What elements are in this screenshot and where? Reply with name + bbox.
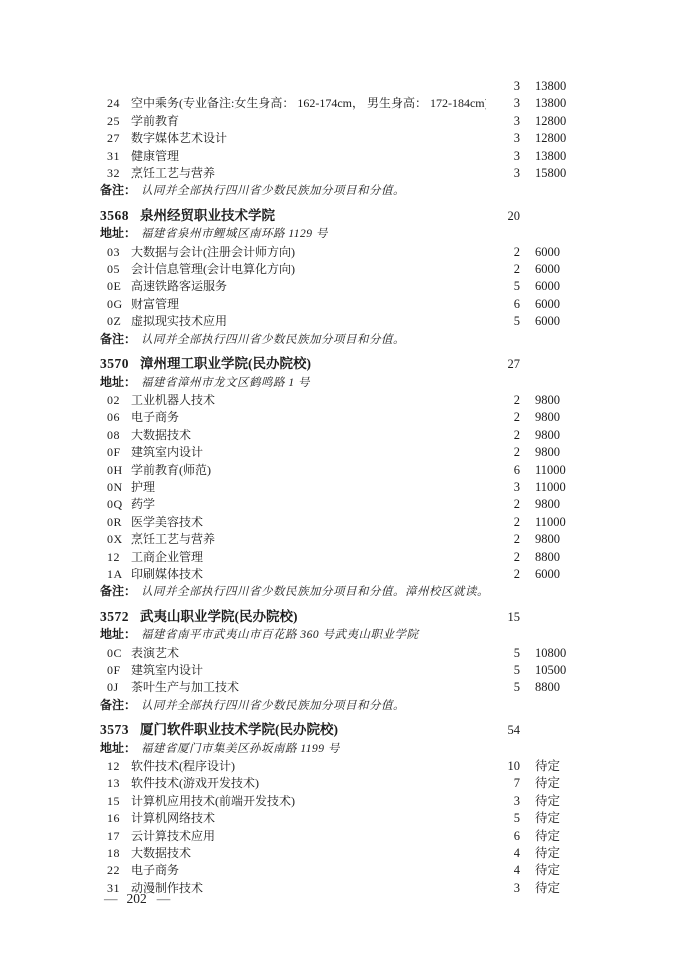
major-count: 2 — [486, 409, 520, 426]
footer-dash-left: — — [104, 891, 117, 907]
major-code: 0F — [100, 444, 131, 461]
section-name: 泉州经贸职业技术学院 — [140, 207, 486, 224]
major-code: 0E — [100, 278, 131, 295]
remark-text: 认同并全部执行四川省少数民族加分项目和分值。漳州校区就读。 — [141, 584, 580, 601]
section-total: 27 — [486, 356, 520, 373]
major-fee: 6000 — [535, 244, 580, 261]
major-name: 财富管理 — [131, 296, 486, 313]
section-header: 3570漳州理工职业学院(民办院校)27 — [100, 355, 580, 373]
major-row: 0J茶叶生产与加工技术58800 — [100, 679, 580, 696]
major-code: 0R — [100, 514, 131, 531]
major-count: 2 — [486, 444, 520, 461]
major-fee: 待定 — [535, 793, 580, 810]
major-row: 0G财富管理66000 — [100, 296, 580, 313]
major-count: 5 — [486, 662, 520, 679]
major-fee: 10500 — [535, 662, 580, 679]
major-code: 12 — [100, 549, 131, 566]
major-fee: 待定 — [535, 775, 580, 792]
major-fee: 13800 — [535, 78, 580, 95]
address-text: 福建省南平市武夷山市百花路 360 号武夷山职业学院 — [141, 627, 580, 644]
major-fee: 12800 — [535, 113, 580, 130]
major-fee: 9800 — [535, 392, 580, 409]
major-row: 0H学前教育(师范)611000 — [100, 462, 580, 479]
address-line: 地址：福建省厦门市集美区孙坂南路 1199 号 — [100, 740, 580, 758]
major-fee: 9800 — [535, 531, 580, 548]
major-row: 15计算机应用技术(前端开发技术)3待定 — [100, 793, 580, 810]
section-total: 20 — [486, 208, 520, 225]
major-code: 0G — [100, 296, 131, 313]
major-count: 3 — [486, 113, 520, 130]
major-count: 3 — [486, 95, 520, 112]
major-row: 27数字媒体艺术设计312800 — [100, 130, 580, 147]
major-fee: 9800 — [535, 444, 580, 461]
major-count: 3 — [486, 148, 520, 165]
major-fee: 待定 — [535, 828, 580, 845]
major-fee: 待定 — [535, 810, 580, 827]
major-count: 4 — [486, 845, 520, 862]
address-text: 福建省泉州市鲤城区南环路 1129 号 — [141, 226, 580, 243]
major-fee: 11000 — [535, 462, 580, 479]
major-name: 大数据技术 — [131, 845, 486, 862]
major-code: 18 — [100, 845, 131, 862]
major-name: 健康管理 — [131, 148, 486, 165]
major-count: 6 — [486, 296, 520, 313]
major-code: 32 — [100, 165, 131, 182]
major-fee: 11000 — [535, 514, 580, 531]
major-row: 0Z虚拟现实技术应用56000 — [100, 313, 580, 330]
major-name: 工业机器人技术 — [131, 392, 486, 409]
major-name: 药学 — [131, 496, 486, 513]
major-count: 2 — [486, 531, 520, 548]
address-text: 福建省厦门市集美区孙坂南路 1199 号 — [141, 741, 580, 758]
major-row: 12工商企业管理28800 — [100, 549, 580, 566]
address-label: 地址： — [100, 626, 136, 643]
major-name: 印刷媒体技术 — [131, 566, 486, 583]
major-row: 0C表演艺术510800 — [100, 645, 580, 662]
major-count: 2 — [486, 514, 520, 531]
major-name: 学前教育(师范) — [131, 462, 486, 479]
major-name: 计算机网络技术 — [131, 810, 486, 827]
major-fee: 10800 — [535, 645, 580, 662]
section-name: 漳州理工职业学院(民办院校) — [140, 355, 486, 372]
major-code: 03 — [100, 244, 131, 261]
major-name: 动漫制作技术 — [131, 880, 486, 897]
section-name: 厦门软件职业技术学院(民办院校) — [140, 721, 486, 738]
major-row: 0R医学美容技术211000 — [100, 514, 580, 531]
major-code: 0H — [100, 462, 131, 479]
major-name: 茶叶生产与加工技术 — [131, 679, 486, 696]
document-page: 31380024空中乘务(专业备注:女生身高： 162-174cm， 男生身高：… — [0, 0, 680, 961]
major-count: 5 — [486, 679, 520, 696]
footer-dash-right: — — [157, 891, 170, 907]
major-name: 会计信息管理(会计电算化方向) — [131, 261, 486, 278]
major-row: 0F建筑室内设计29800 — [100, 444, 580, 461]
section-code: 3572 — [100, 608, 129, 625]
major-code: 16 — [100, 810, 131, 827]
major-code: 31 — [100, 148, 131, 165]
page-number: 202 — [127, 891, 147, 907]
major-row: 13软件技术(游戏开发技术)7待定 — [100, 775, 580, 792]
major-count: 2 — [486, 549, 520, 566]
major-code: 22 — [100, 862, 131, 879]
major-count: 5 — [486, 313, 520, 330]
major-fee: 9800 — [535, 496, 580, 513]
major-count: 3 — [486, 880, 520, 897]
major-name: 虚拟现实技术应用 — [131, 313, 486, 330]
major-code: 24 — [100, 95, 131, 112]
major-row: 05会计信息管理(会计电算化方向)26000 — [100, 261, 580, 278]
major-row: 0F建筑室内设计510500 — [100, 662, 580, 679]
major-count: 5 — [486, 810, 520, 827]
major-fee: 6000 — [535, 261, 580, 278]
major-fee: 待定 — [535, 758, 580, 775]
major-count: 2 — [486, 496, 520, 513]
major-code: 1A — [100, 566, 131, 583]
major-code: 0Z — [100, 313, 131, 330]
college-section: 3570漳州理工职业学院(民办院校)27地址：福建省漳州市龙文区鹤鸣路 1 号0… — [100, 355, 580, 602]
college-section: 3568泉州经贸职业技术学院20地址：福建省泉州市鲤城区南环路 1129 号03… — [100, 207, 580, 349]
major-name: 大数据与会计(注册会计师方向) — [131, 244, 486, 261]
major-count: 5 — [486, 278, 520, 295]
major-count: 2 — [486, 566, 520, 583]
major-name: 学前教育 — [131, 113, 486, 130]
major-name: 云计算技术应用 — [131, 828, 486, 845]
remark-text: 认同并全部执行四川省少数民族加分项目和分值。 — [141, 332, 580, 349]
section-header: 3568泉州经贸职业技术学院20 — [100, 207, 580, 225]
remark-label: 备注： — [100, 182, 136, 199]
section-header: 3572武夷山职业学院(民办院校)15 — [100, 608, 580, 626]
major-row: 12软件技术(程序设计)10待定 — [100, 758, 580, 775]
catalog-content: 31380024空中乘务(专业备注:女生身高： 162-174cm， 男生身高：… — [100, 78, 580, 897]
address-label: 地址： — [100, 225, 136, 242]
address-text: 福建省漳州市龙文区鹤鸣路 1 号 — [141, 375, 580, 392]
major-row: 0N护理311000 — [100, 479, 580, 496]
major-fee: 待定 — [535, 862, 580, 879]
major-count: 3 — [486, 78, 520, 95]
major-fee: 15800 — [535, 165, 580, 182]
college-section: 3573厦门软件职业技术学院(民办院校)54地址：福建省厦门市集美区孙坂南路 1… — [100, 721, 580, 897]
major-row: 32烹饪工艺与营养315800 — [100, 165, 580, 182]
major-code: 06 — [100, 409, 131, 426]
remark-text: 认同并全部执行四川省少数民族加分项目和分值。 — [141, 698, 580, 715]
major-name: 烹饪工艺与营养 — [131, 165, 486, 182]
section-total: 54 — [486, 722, 520, 739]
major-count: 10 — [486, 758, 520, 775]
address-label: 地址： — [100, 740, 136, 757]
address-line: 地址：福建省南平市武夷山市百花路 360 号武夷山职业学院 — [100, 626, 580, 644]
major-name: 烹饪工艺与营养 — [131, 531, 486, 548]
section-code: 3568 — [100, 207, 129, 224]
major-fee: 12800 — [535, 130, 580, 147]
major-code: 27 — [100, 130, 131, 147]
major-fee: 6000 — [535, 296, 580, 313]
remark-label: 备注： — [100, 697, 136, 714]
major-code: 15 — [100, 793, 131, 810]
major-name: 建筑室内设计 — [131, 444, 486, 461]
major-name: 表演艺术 — [131, 645, 486, 662]
major-name: 高速铁路客运服务 — [131, 278, 486, 295]
major-fee: 8800 — [535, 679, 580, 696]
major-name: 软件技术(游戏开发技术) — [131, 775, 486, 792]
major-fee: 8800 — [535, 549, 580, 566]
major-row: 18大数据技术4待定 — [100, 845, 580, 862]
major-count: 3 — [486, 479, 520, 496]
major-name: 空中乘务(专业备注:女生身高： 162-174cm， 男生身高： 172-184… — [131, 95, 486, 112]
major-count: 4 — [486, 862, 520, 879]
major-row: 1A印刷媒体技术26000 — [100, 566, 580, 583]
major-row: 31动漫制作技术3待定 — [100, 880, 580, 897]
major-row: 24空中乘务(专业备注:女生身高： 162-174cm， 男生身高： 172-1… — [100, 95, 580, 112]
major-fee: 11000 — [535, 479, 580, 496]
remark-line: 备注：认同并全部执行四川省少数民族加分项目和分值。漳州校区就读。 — [100, 583, 580, 601]
major-count: 2 — [486, 392, 520, 409]
major-count: 2 — [486, 427, 520, 444]
major-row: 02工业机器人技术29800 — [100, 392, 580, 409]
major-row: 16计算机网络技术5待定 — [100, 810, 580, 827]
major-count: 7 — [486, 775, 520, 792]
major-row: 0X烹饪工艺与营养29800 — [100, 531, 580, 548]
major-fee: 9800 — [535, 409, 580, 426]
major-name: 电子商务 — [131, 409, 486, 426]
major-fee: 待定 — [535, 845, 580, 862]
major-name: 护理 — [131, 479, 486, 496]
major-count: 2 — [486, 261, 520, 278]
major-code: 0Q — [100, 496, 131, 513]
major-code: 12 — [100, 758, 131, 775]
major-code: 0F — [100, 662, 131, 679]
major-code: 05 — [100, 261, 131, 278]
major-code: 13 — [100, 775, 131, 792]
address-line: 地址：福建省漳州市龙文区鹤鸣路 1 号 — [100, 374, 580, 392]
remark-label: 备注： — [100, 331, 136, 348]
major-count: 6 — [486, 828, 520, 845]
major-code: 25 — [100, 113, 131, 130]
major-row: 08大数据技术29800 — [100, 427, 580, 444]
major-fee: 6000 — [535, 278, 580, 295]
major-row: 17云计算技术应用6待定 — [100, 828, 580, 845]
college-section: 3572武夷山职业学院(民办院校)15地址：福建省南平市武夷山市百花路 360 … — [100, 608, 580, 715]
major-count: 3 — [486, 165, 520, 182]
major-code: 17 — [100, 828, 131, 845]
major-row: 31健康管理313800 — [100, 148, 580, 165]
major-count: 2 — [486, 244, 520, 261]
major-row: 0Q药学29800 — [100, 496, 580, 513]
section-total: 15 — [486, 609, 520, 626]
major-row: 313800 — [100, 78, 580, 95]
page-footer: — 202 — — [104, 891, 169, 907]
continuation-section: 31380024空中乘务(专业备注:女生身高： 162-174cm， 男生身高：… — [100, 78, 580, 201]
major-row: 25学前教育312800 — [100, 113, 580, 130]
address-label: 地址： — [100, 374, 136, 391]
major-name: 计算机应用技术(前端开发技术) — [131, 793, 486, 810]
major-code: 0X — [100, 531, 131, 548]
major-code: 0J — [100, 679, 131, 696]
major-fee: 13800 — [535, 148, 580, 165]
major-name: 工商企业管理 — [131, 549, 486, 566]
major-count: 5 — [486, 645, 520, 662]
major-code: 0N — [100, 479, 131, 496]
major-count: 6 — [486, 462, 520, 479]
major-count: 3 — [486, 793, 520, 810]
major-count: 3 — [486, 130, 520, 147]
section-code: 3570 — [100, 355, 129, 372]
section-header: 3573厦门软件职业技术学院(民办院校)54 — [100, 721, 580, 739]
remark-line: 备注：认同并全部执行四川省少数民族加分项目和分值。 — [100, 331, 580, 349]
major-name: 电子商务 — [131, 862, 486, 879]
major-name: 医学美容技术 — [131, 514, 486, 531]
major-row: 03大数据与会计(注册会计师方向)26000 — [100, 244, 580, 261]
major-fee: 6000 — [535, 313, 580, 330]
major-fee: 待定 — [535, 880, 580, 897]
major-fee: 9800 — [535, 427, 580, 444]
major-fee: 6000 — [535, 566, 580, 583]
remark-label: 备注： — [100, 583, 136, 600]
section-code: 3573 — [100, 721, 129, 738]
major-row: 22电子商务4待定 — [100, 862, 580, 879]
major-code: 08 — [100, 427, 131, 444]
section-name: 武夷山职业学院(民办院校) — [140, 608, 486, 625]
major-name: 软件技术(程序设计) — [131, 758, 486, 775]
major-code: 0C — [100, 645, 131, 662]
major-name: 数字媒体艺术设计 — [131, 130, 486, 147]
major-fee: 13800 — [535, 95, 580, 112]
major-code: 02 — [100, 392, 131, 409]
major-name: 大数据技术 — [131, 427, 486, 444]
major-row: 06电子商务29800 — [100, 409, 580, 426]
remark-line: 备注：认同并全部执行四川省少数民族加分项目和分值。 — [100, 182, 580, 200]
major-row: 0E高速铁路客运服务56000 — [100, 278, 580, 295]
remark-text: 认同并全部执行四川省少数民族加分项目和分值。 — [141, 183, 580, 200]
major-name: 建筑室内设计 — [131, 662, 486, 679]
address-line: 地址：福建省泉州市鲤城区南环路 1129 号 — [100, 225, 580, 243]
remark-line: 备注：认同并全部执行四川省少数民族加分项目和分值。 — [100, 697, 580, 715]
